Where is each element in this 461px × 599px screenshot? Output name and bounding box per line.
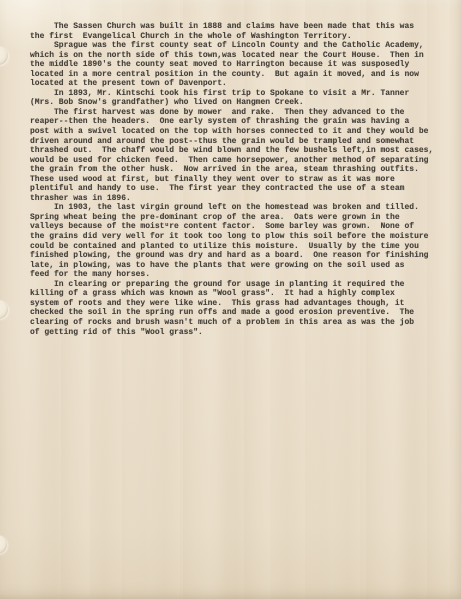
document-line: In 1893, Mr. Kintschi took his first tri… [30,89,448,99]
document-line: In clearing or preparing the ground for … [30,280,448,290]
document-line: could be contained and planted to utiliz… [30,242,448,252]
document-line: thrasher was in 1896. [30,194,448,204]
document-line: the grain from the other husk. Now arriv… [30,165,448,175]
document-line: checked the soil in the spring run offs … [30,308,448,318]
document-line: valleys because of the moistᵘre content … [30,222,448,232]
document-line: The Sassen Church was built in 1888 and … [30,22,448,32]
hole-punch-mark-top [0,46,8,65]
document-line: the middle 1890's the county seat moved … [30,60,448,70]
document-line: These used wood at first, but finally th… [30,175,448,185]
document-line: located at the present town of Davenport… [30,79,448,89]
document-line: finished plowing, the ground was dry and… [30,251,448,261]
typewritten-text: The Sassen Church was built in 1888 and … [30,22,448,337]
document-line: clearing of rocks and brush wasn't much … [30,318,448,328]
document-line: feed for the many horses. [30,270,448,280]
document-line: the first Evangelical Church in the whol… [30,32,448,42]
document-line: (Mrs. Bob Snow's grandfather) who lived … [30,98,448,108]
document-line: the grains did very well for it took too… [30,232,448,242]
document-line: post with a swivel located on the top wi… [30,127,448,137]
hole-punch-mark-middle [0,300,8,319]
document-line: plentiful and handy to use. The first ye… [30,184,448,194]
document-line: Spring wheat being the pre-dominant crop… [30,213,448,223]
document-line: In 1903, the last virgin ground left on … [30,203,448,213]
hole-punch-mark-bottom [0,535,7,554]
document-line: which is on the north side of this town,… [30,51,448,61]
document-line: located in a more central position in th… [30,70,448,80]
document-page: The Sassen Church was built in 1888 and … [0,0,461,599]
document-line: The first harvest was done by mower and … [30,108,448,118]
document-line: reaper--then the headers. One early syst… [30,117,448,127]
document-line: would be used for chicken feed. Then cam… [30,156,448,166]
document-line: of getting rid of this "Wool grass". [30,328,448,338]
document-line: Sprague was the first county seat of Lin… [30,41,448,51]
document-line: system of roots and they were like wine.… [30,299,448,309]
document-line: driven around and around the post--thus … [30,137,448,147]
document-line: thrashed out. The chaff would be wind bl… [30,146,448,156]
document-line: late, in plowing, was to have the plants… [30,261,448,271]
document-line: killing of a grass which was known as "W… [30,289,448,299]
